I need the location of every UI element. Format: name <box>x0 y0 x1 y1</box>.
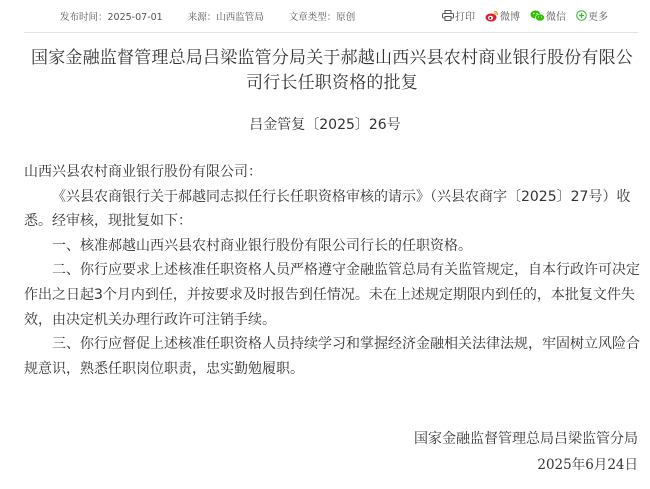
print-button[interactable]: 打印 <box>442 8 475 23</box>
article-meta-bar: 发布时间：2025-07-01 来源：山西监管局 文章类型：原创 打印 微博 <box>0 0 650 32</box>
signing-date: 2025年6月24日 <box>414 452 638 478</box>
printer-icon <box>442 10 454 21</box>
weibo-label: 微博 <box>500 8 520 23</box>
publish-time: 发布时间：2025-07-01 <box>60 12 163 23</box>
more-share-button[interactable]: 更多 <box>576 8 608 23</box>
document-signature: 国家金融监督管理总局吕梁监管分局 2025年6月24日 <box>414 426 638 478</box>
signing-organization: 国家金融监督管理总局吕梁监管分局 <box>414 426 638 452</box>
wechat-label: 微信 <box>546 8 566 23</box>
document-body: 山西兴县农村商业银行股份有限公司： 《兴县农商银行关于郝越同志拟任行长任职资格审… <box>24 160 640 381</box>
article-source: 来源：山西监管局 <box>188 12 264 23</box>
article-type: 文章类型：原创 <box>289 12 356 23</box>
article-meta-info: 发布时间：2025-07-01 来源：山西监管局 文章类型：原创 <box>60 9 377 23</box>
document-title: 国家金融监督管理总局吕梁监管分局关于郝越山西兴县农村商业银行股份有限公司行长任职… <box>24 46 640 96</box>
weibo-icon <box>485 10 499 22</box>
plus-circle-icon <box>576 10 587 21</box>
print-label: 打印 <box>455 8 475 23</box>
paragraph-item-3: 三、你行应督促上述核准任职资格人员持续学习和掌握经济金融相关法律法规，牢固树立风… <box>24 332 640 381</box>
share-toolbar: 打印 微博 微信 <box>442 8 608 23</box>
addressee: 山西兴县农村商业银行股份有限公司： <box>24 160 640 185</box>
header-divider <box>24 32 638 33</box>
wechat-share-button[interactable]: 微信 <box>530 8 566 23</box>
more-label: 更多 <box>588 8 608 23</box>
wechat-icon <box>530 10 545 22</box>
paragraph-item-2: 二、你行应要求上述核准任职资格人员严格遵守金融监管总局有关监管规定，自本行政许可… <box>24 258 640 332</box>
paragraph-item-1: 一、核准郝越山西兴县农村商业银行股份有限公司行长的任职资格。 <box>24 234 640 259</box>
paragraph-intro: 《兴县农商银行关于郝越同志拟任行长任职资格审核的请示》（兴县农商字〔2025〕2… <box>24 185 640 234</box>
document-number: 吕金管复〔2025〕26号 <box>0 114 650 134</box>
weibo-share-button[interactable]: 微博 <box>485 8 520 23</box>
